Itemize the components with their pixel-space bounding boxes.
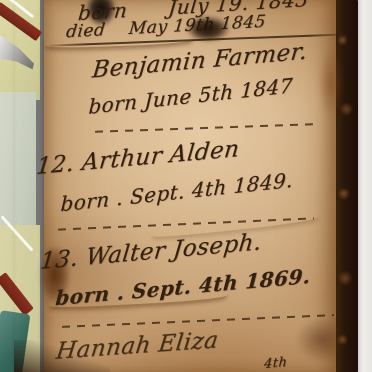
handwritten-fragment-4th: 4th <box>264 355 288 372</box>
book-page-edge-left <box>14 0 48 372</box>
bottom-right-stain <box>296 318 348 362</box>
photo-old-family-register: born July 19. 1843 died May 19th 1845 Be… <box>0 0 372 372</box>
right-edge-stain <box>318 48 344 118</box>
ink-blot-stain <box>186 16 230 42</box>
